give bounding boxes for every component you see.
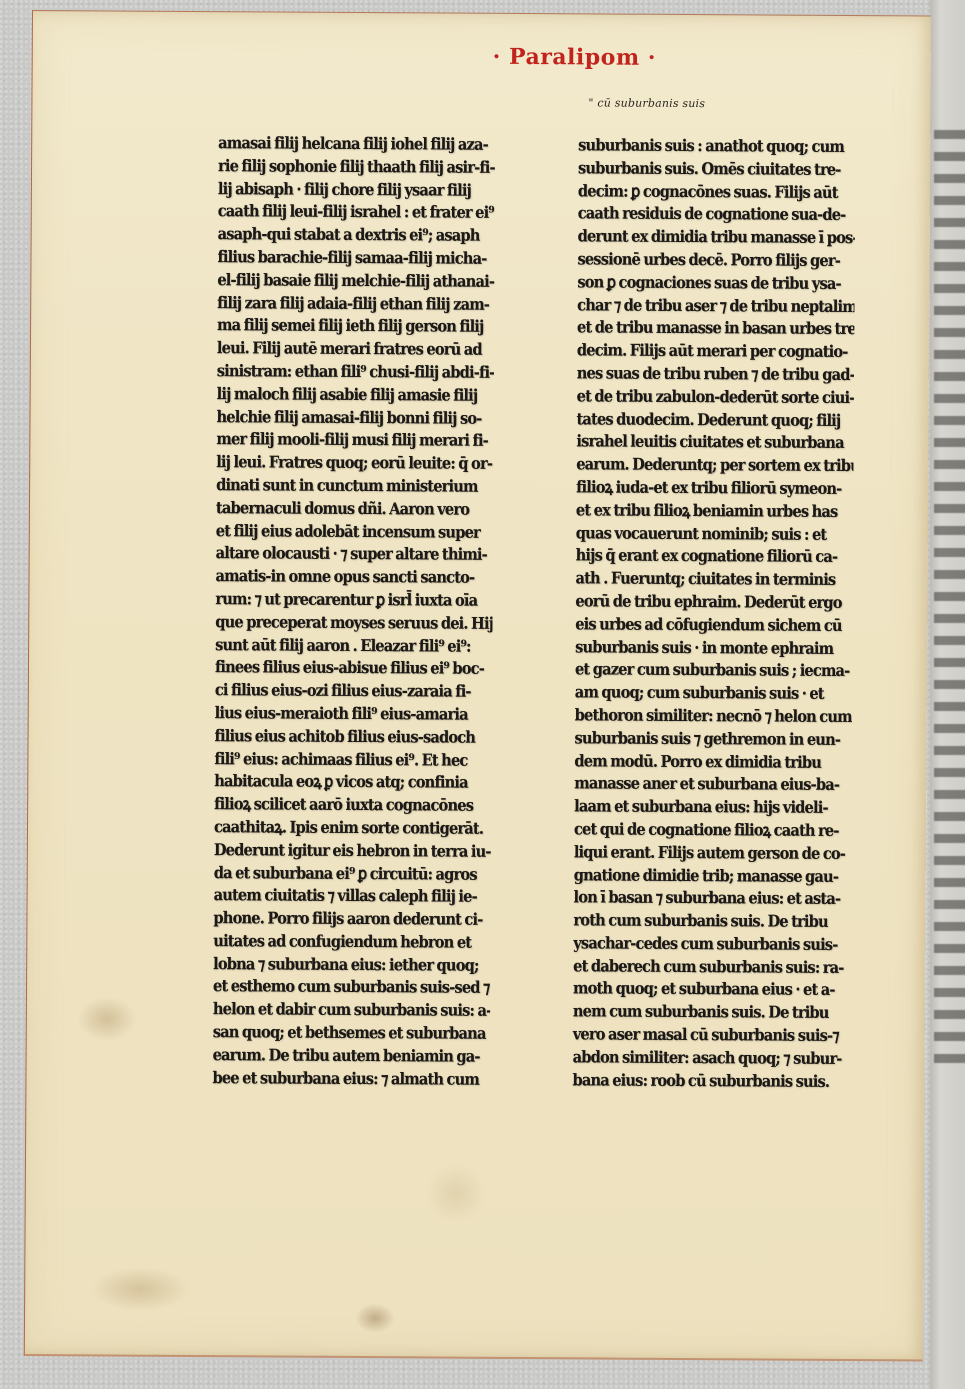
text-line: suburbanis suis. Omēs ciuitates tre- [578,157,855,181]
text-line: helchie filij amasai-filij bonni filij s… [216,406,493,430]
text-line: suburbanis suis : anathot quoq; cum [578,134,855,158]
text-line: son ꝑ cognaciones suas de tribu ysa- [577,271,854,295]
text-line: et gazer cum suburbanis suis ; iecma- [575,659,852,683]
text-line: vero aser masal cū suburbanis suis-⁊ [573,1023,850,1047]
text-line: ath . Fueruntq; ciuitates in terminis [575,567,852,591]
text-line: phone. Porro filijs aaron dederunt ci- [213,907,490,931]
text-line: caath residuis de cognatione sua-de- [578,203,855,227]
text-line: suburbanis suis ⁊ gethremon in eun- [574,727,851,751]
text-line: et filij eius adolebāt incensum super [216,520,493,544]
text-line: abdon similiter: asach quoq; ⁊ subur- [573,1046,850,1070]
parchment-stain [90,1266,190,1312]
text-line: et ex tribu filioꝝ beniamin urbes has [576,499,853,523]
text-line: sessionē urbes decē. Porro filijs ger- [577,248,854,272]
text-line: mer filij mooli-filij musi filij merari … [216,428,493,452]
text-line: et de tribu manasse in basan urbes tre- [577,317,854,341]
text-line: finees filius eius-abisue filius ei⁹ boc… [215,656,492,680]
text-line: rie filij sophonie filij thaath filij as… [218,155,495,179]
text-line: laam et suburbana eius: hijs videli- [574,795,851,819]
text-line: tates duodecim. Dederunt quoq; filij [576,408,853,432]
text-column-left: amasai filij helcana filij iohel filij a… [212,132,526,1091]
text-line: sunt aūt filij aaron . Eleazar fili⁹ ei⁹… [215,634,492,658]
text-line: el-filij basaie filij melchie-filij atha… [217,269,494,293]
text-line: decim. Filijs aūt merari per cognatio- [577,340,854,364]
text-line: habitacula eoꝝ ꝑ vicos atq; confinia [214,770,491,794]
text-line: rum: ⁊ ut precarentur ꝑ isrl̄ iuxta oīa [215,588,492,612]
text-line: char ⁊ de tribu aser ⁊ de tribu neptalim… [577,294,854,318]
text-line: dem modū. Porro ex dimidia tribu [574,750,851,774]
text-line: nes suas de tribu ruben ⁊ de tribu gad- [577,362,854,386]
text-line: nem cum suburbanis suis. De tribu [573,1001,850,1025]
text-line: Dederunt igitur eis hebron in terra iu- [214,839,491,863]
text-line: bethoron similiter: necnō ⁊ helon cum [575,704,852,728]
text-line: moth quoq; et suburbana eius · et a- [573,978,850,1002]
text-line: ysachar-cedes cum suburbanis suis- [573,932,850,956]
text-line: ma filij semei filij ieth filij gerson f… [217,315,494,339]
text-line: manasse aner et suburbana eius-ba- [574,773,851,797]
parchment-stain [77,996,137,1041]
text-line: leui. Filij autē merari fratres eorū ad [217,337,494,361]
text-line: filij zara filij adaia-filij ethan filij… [217,292,494,316]
text-line: et daberech cum suburbanis suis: ra- [573,955,850,979]
running-head: · Paralipom · [493,44,656,71]
text-line: earum. De tribu autem beniamin ga- [213,1044,490,1068]
parchment-stain [426,1163,486,1223]
text-line: gnatione dimidie trib; manasse gau- [574,864,851,888]
text-line: filius eius achitob filius eius-sadoch [214,725,491,749]
text-line: filioꝝ scilicet aarō iuxta cognacōnes [214,793,491,817]
text-column-right: suburbanis suis : anathot quoq; cumsubur… [572,134,886,1093]
text-line: san quoq; et bethsemes et suburbana [213,1021,490,1045]
text-line: asaph-qui stabat a dextris ei⁹; asaph [218,223,495,247]
text-line: amatis-in omne opus sancti sancto- [215,565,492,589]
text-line: hijs q̄ erant ex cognatione filiorū ca- [576,545,853,569]
text-line: cet qui de cognatione filioꝝ caath re- [574,818,851,842]
text-line: suburbanis suis · in monte ephraim [575,636,852,660]
text-line: eorū de tribu ephraim. Dederūt ergo [575,590,852,614]
text-line: filius barachie-filij samaa-filij micha- [217,246,494,270]
text-line: que preceperat moyses seruus dei. Hij [215,611,492,635]
adjacent-page-text [934,130,965,1070]
text-line: earum. Dederuntq; per sortem ex tribu [576,453,853,477]
text-line: derunt ex dimidia tribu manasse ī pos- [578,226,855,250]
text-line: decim: ꝑ cognacōnes suas. Filijs aūt [578,180,855,204]
text-line: bana eius: roob cū suburbanis suis. [572,1069,849,1093]
text-line: caath filij leui-filij israhel : et frat… [218,201,495,225]
text-line: da et suburbana ei⁹ ꝑ circuitū: agros [214,862,491,886]
text-line: uitates ad confugiendum hebron et [213,930,490,954]
text-line: lobna ⁊ suburbana eius: iether quoq; [213,953,490,977]
marginal-note: " cū suburbanis suis [588,96,705,110]
parchment-stain [355,1303,395,1333]
text-line: et esthemo cum suburbanis suis-sed ⁊ [213,976,490,1000]
text-line: am quoq; cum suburbanis suis · et [575,681,852,705]
text-line: sinistram: ethan fili⁹ chusi-filij abdi-… [217,360,494,384]
text-line: caathitaꝝ. Ipis enim sorte contigerāt. [214,816,491,840]
manuscript-page: · Paralipom · " cū suburbanis suis amasa… [24,10,931,1361]
text-line: lon ī basan ⁊ suburbana eius: et asta- [574,887,851,911]
text-line: roth cum suburbanis suis. De tribu [573,909,850,933]
text-line: altare olocausti · ⁊ super altare thimi- [216,542,493,566]
text-line: filioꝝ iuda-et ex tribu filiorū symeon- [576,476,853,500]
text-line: tabernaculi domus dñi. Aaron vero [216,497,493,521]
text-line: amasai filij helcana filij iohel filij a… [218,132,495,156]
text-line: quas vocauerunt nominib; suis : et [576,522,853,546]
text-line: lij abisaph · filij chore filij ysaar fi… [218,178,495,202]
text-line: autem ciuitatis ⁊ villas caleph filij ie… [214,884,491,908]
text-line: israhel leuitis ciuitates et suburbana [576,431,853,455]
text-line: dinati sunt in cunctum ministerium [216,474,493,498]
text-line: liqui erant. Filijs autem gerson de co- [574,841,851,865]
text-line: bee et suburbana eius: ⁊ almath cum [212,1067,489,1091]
text-line: et de tribu zabulon-dederūt sorte ciui- [577,385,854,409]
text-line: lius eius-meraioth fili⁹ eius-amaria [215,702,492,726]
adjacent-page-edge [930,0,965,1389]
text-line: eis urbes ad cōfugiendum sichem cū [575,613,852,637]
text-line: fili⁹ eius: achimaas filius ei⁹. Et hec [214,748,491,772]
text-line: helon et dabir cum suburbanis suis: a- [213,998,490,1022]
text-line: ci filius eius-ozi filius eius-zaraia fi… [215,679,492,703]
text-line: lij leui. Fratres quoq; eorū leuite: q̄ … [216,451,493,475]
text-line: lij maloch filij asabie filij amasie fil… [217,383,494,407]
